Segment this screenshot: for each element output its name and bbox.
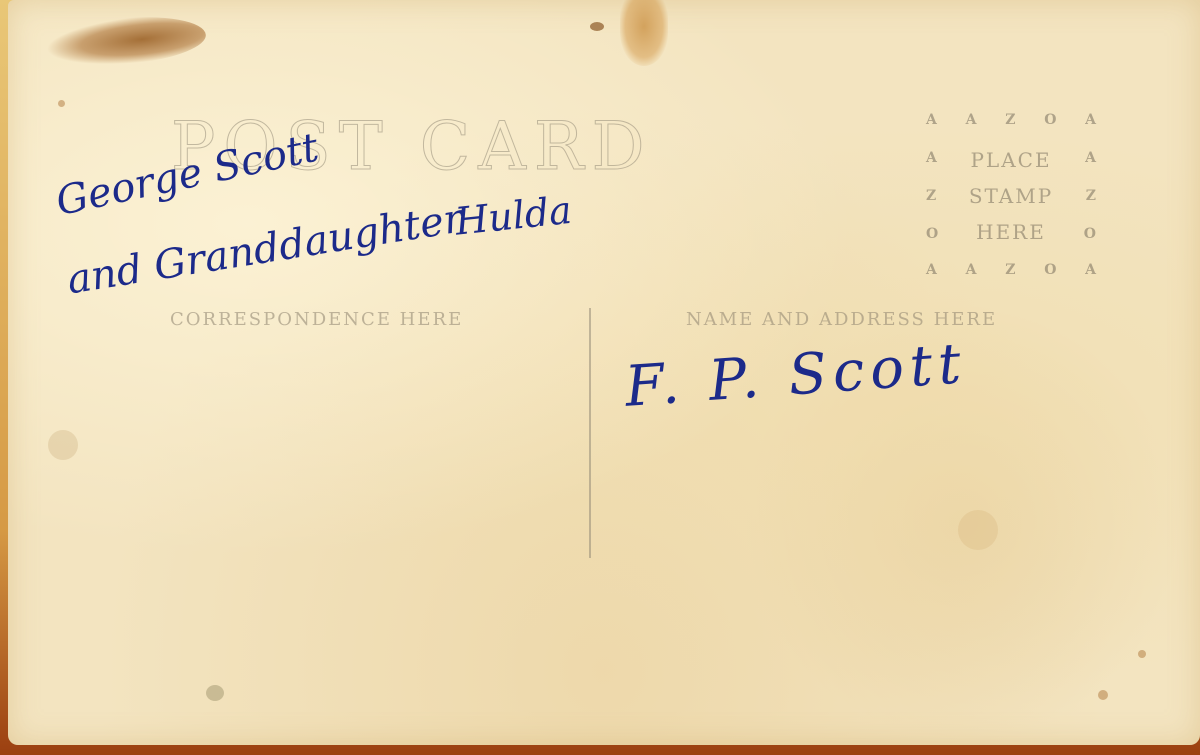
stain-spot (590, 22, 604, 31)
stamp-border-glyph: O (926, 226, 938, 242)
stain-spot (1138, 650, 1146, 658)
stamp-border-glyph: O (1044, 262, 1056, 278)
stamp-border-glyph: A (966, 262, 977, 278)
postcard-back: POST CARD A A Z O A A Z O A Z O PLACE ST… (8, 0, 1200, 745)
stamp-border-glyph: Z (1086, 188, 1096, 204)
stain-spot (958, 510, 998, 550)
stamp-border-glyph: A (1085, 150, 1096, 166)
handwritten-message-name: Hulda (453, 188, 574, 244)
stamp-border-glyph: Z (926, 188, 936, 204)
stamp-border-glyph: A (926, 262, 937, 278)
stamp-border-bottom: A A Z O A (926, 262, 1096, 278)
stain-mark (620, 0, 668, 66)
stain-spot (58, 100, 65, 107)
stamp-border-glyph: A (926, 112, 937, 128)
stamp-border-glyph: A (966, 112, 977, 128)
stain-spot (48, 430, 78, 460)
stain-mark (44, 10, 208, 72)
stamp-border-glyph: A (926, 150, 937, 166)
stamp-border-glyph: O (1044, 112, 1056, 128)
correspondence-label: CORRESPONDENCE HERE (170, 309, 463, 330)
stain-spot (1098, 690, 1108, 700)
address-label: NAME AND ADDRESS HERE (686, 309, 997, 330)
stamp-border-glyph: O (1084, 226, 1096, 242)
stamp-border-glyph: A (1085, 262, 1096, 278)
center-divider (589, 308, 591, 558)
stamp-text-stamp: STAMP (956, 184, 1066, 208)
handwritten-address: F. P. Scott (623, 331, 969, 420)
stamp-box: A A Z O A A Z O A Z O PLACE STAMP HERE A… (926, 112, 1096, 282)
stamp-border-glyph: Z (1005, 262, 1015, 278)
stamp-text-here: HERE (956, 220, 1066, 244)
stamp-border-top: A A Z O A (926, 112, 1096, 128)
stamp-border-glyph: A (1085, 112, 1096, 128)
stamp-border-glyph: Z (1005, 112, 1015, 128)
stamp-text-place: PLACE (956, 148, 1066, 172)
stain-spot (206, 685, 224, 701)
